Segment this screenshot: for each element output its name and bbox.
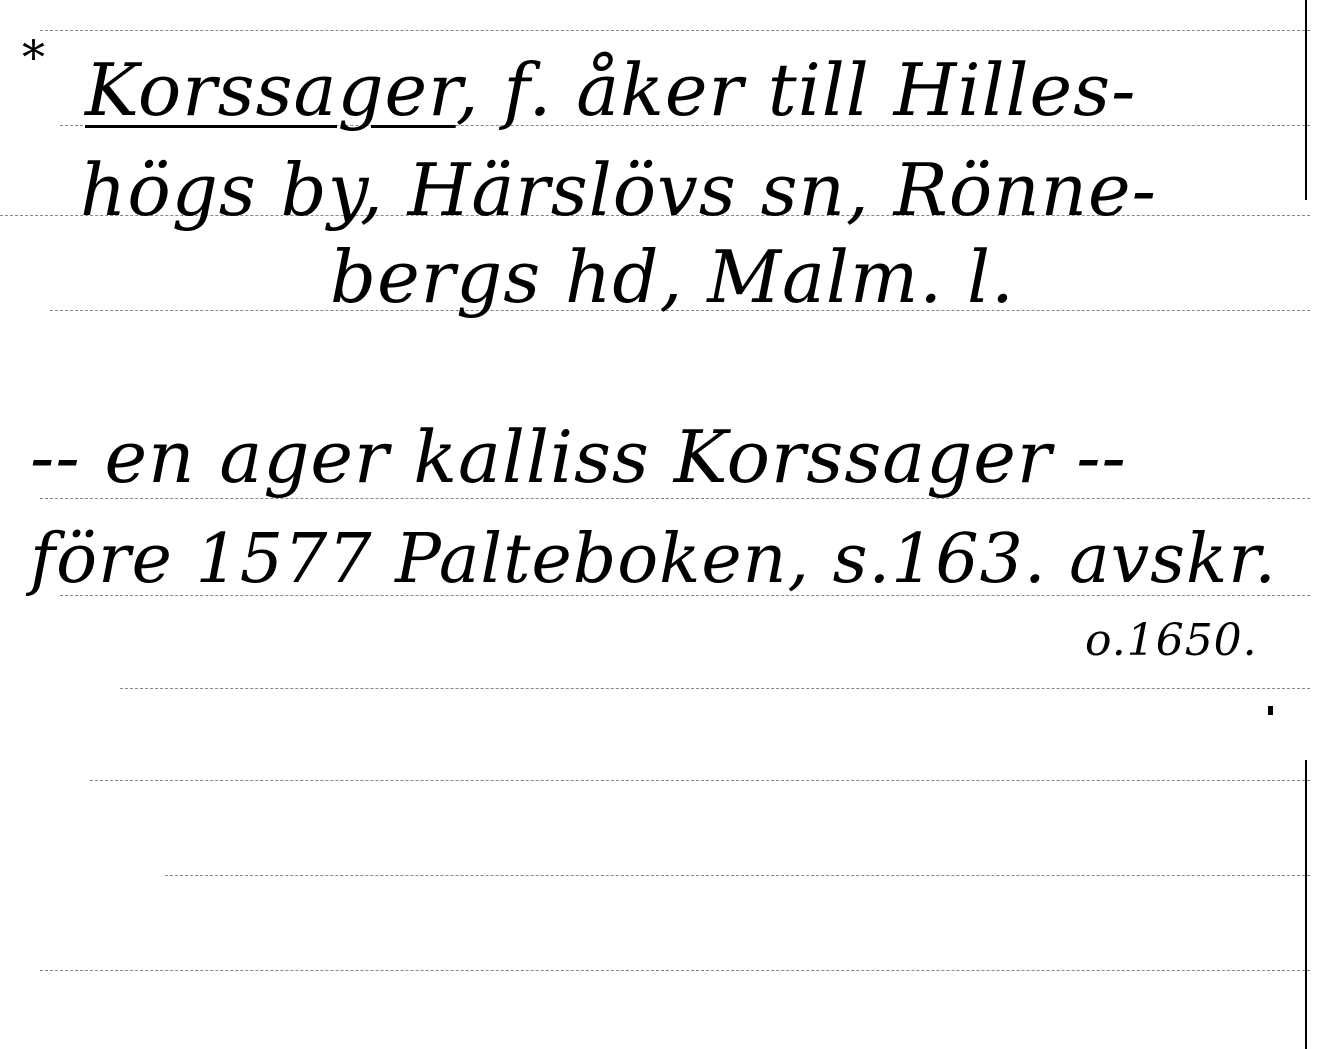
asterisk-marker: * <box>22 30 46 84</box>
card-line-1: Korssager, f. åker till Hilles- <box>85 48 1136 132</box>
ruled-line <box>165 875 1310 876</box>
ruled-line <box>90 780 1310 781</box>
card-line-6: o.1650. <box>1085 615 1258 666</box>
ruled-line <box>120 688 1310 689</box>
card-line-4: -- en ager kalliss Korssager -- <box>30 415 1127 499</box>
line-1-text: , f. åker till Hilles- <box>456 48 1137 132</box>
card-edge <box>1305 0 1307 200</box>
ruled-line <box>40 30 1310 31</box>
ink-mark <box>1268 706 1273 715</box>
index-card: * Korssager, f. åker till Hilles- högs b… <box>0 0 1326 1049</box>
ruled-line <box>40 970 1310 971</box>
headword: Korssager <box>85 48 456 132</box>
card-line-2: högs by, Härslövs sn, Rönne- <box>80 148 1157 232</box>
card-line-5: före 1577 Palteboken, s.163. avskr. <box>30 520 1277 599</box>
card-edge <box>1305 760 1307 1049</box>
card-line-3: bergs hd, Malm. l. <box>330 235 1015 319</box>
